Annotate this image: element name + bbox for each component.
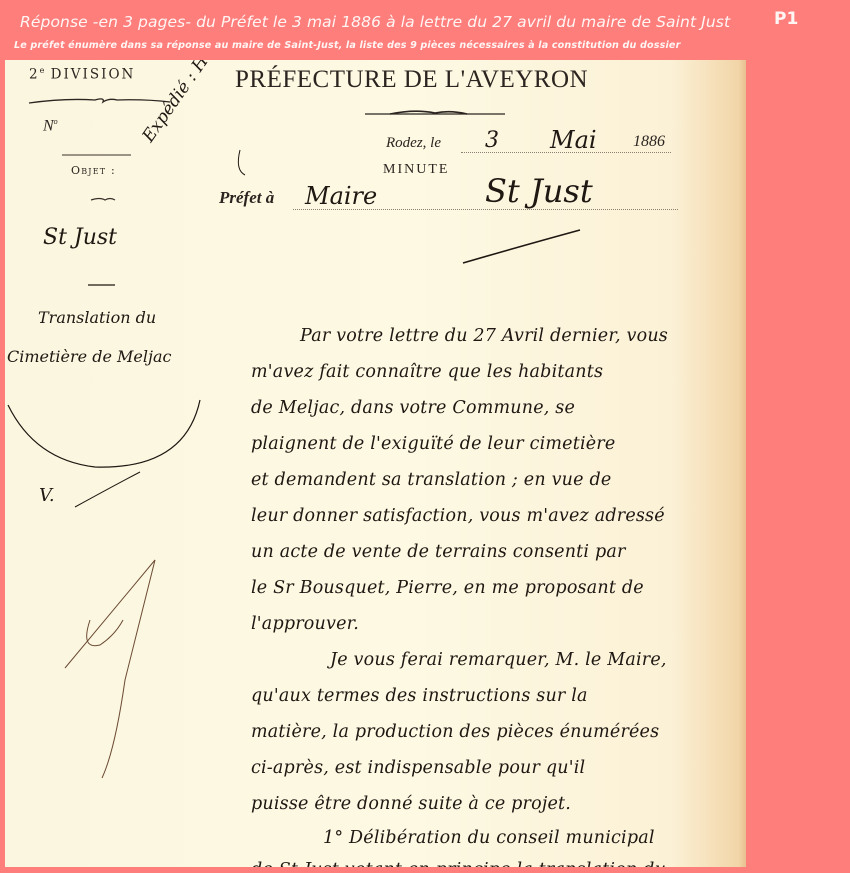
page-number-tag: P1 <box>774 9 798 29</box>
body-line-16: de St Just votant en principe la transla… <box>251 860 666 867</box>
body-line-10: Je vous ferai remarquer, M. le Maire, <box>330 650 667 670</box>
body-line-8: le Sr Bousquet, Pierre, en me proposant … <box>251 578 644 598</box>
body-line-9: l'approuver. <box>251 614 359 634</box>
body-line-7: un acte de vente de terrains consenti pa… <box>251 542 626 562</box>
body-line-5: et demandent sa translation ; en vue de <box>251 470 611 490</box>
body-line-14: puisse être donné suite à ce projet. <box>251 794 571 814</box>
body-line-2: m'avez fait connaître que les habitants <box>251 362 603 382</box>
body-line-11: qu'aux termes des instructions sur la <box>251 686 588 706</box>
body-line-6: leur donner satisfaction, vous m'avez ad… <box>251 506 665 526</box>
body-line-1: Par votre lettre du 27 Avril dernier, vo… <box>300 326 668 346</box>
body-line-15: 1° Délibération du conseil municipal <box>323 828 655 848</box>
body-line-12: matière, la production des pièces énumér… <box>251 722 659 742</box>
caption-title: Réponse -en 3 pages- du Préfet le 3 mai … <box>20 13 730 31</box>
body-line-3: de Meljac, dans votre Commune, se <box>251 398 575 418</box>
body-line-4: plaignent de l'exiguïté de leur cimetièr… <box>251 434 615 454</box>
body-line-13: ci-après, est indispensable pour qu'il <box>251 758 585 778</box>
letter-page-scan: 2e DIVISION No Objet : PRÉFECTURE DE L'A… <box>5 60 746 867</box>
handwritten-strokes <box>5 60 746 867</box>
caption-subtitle: Le préfet énumère dans sa réponse au mai… <box>14 40 680 51</box>
